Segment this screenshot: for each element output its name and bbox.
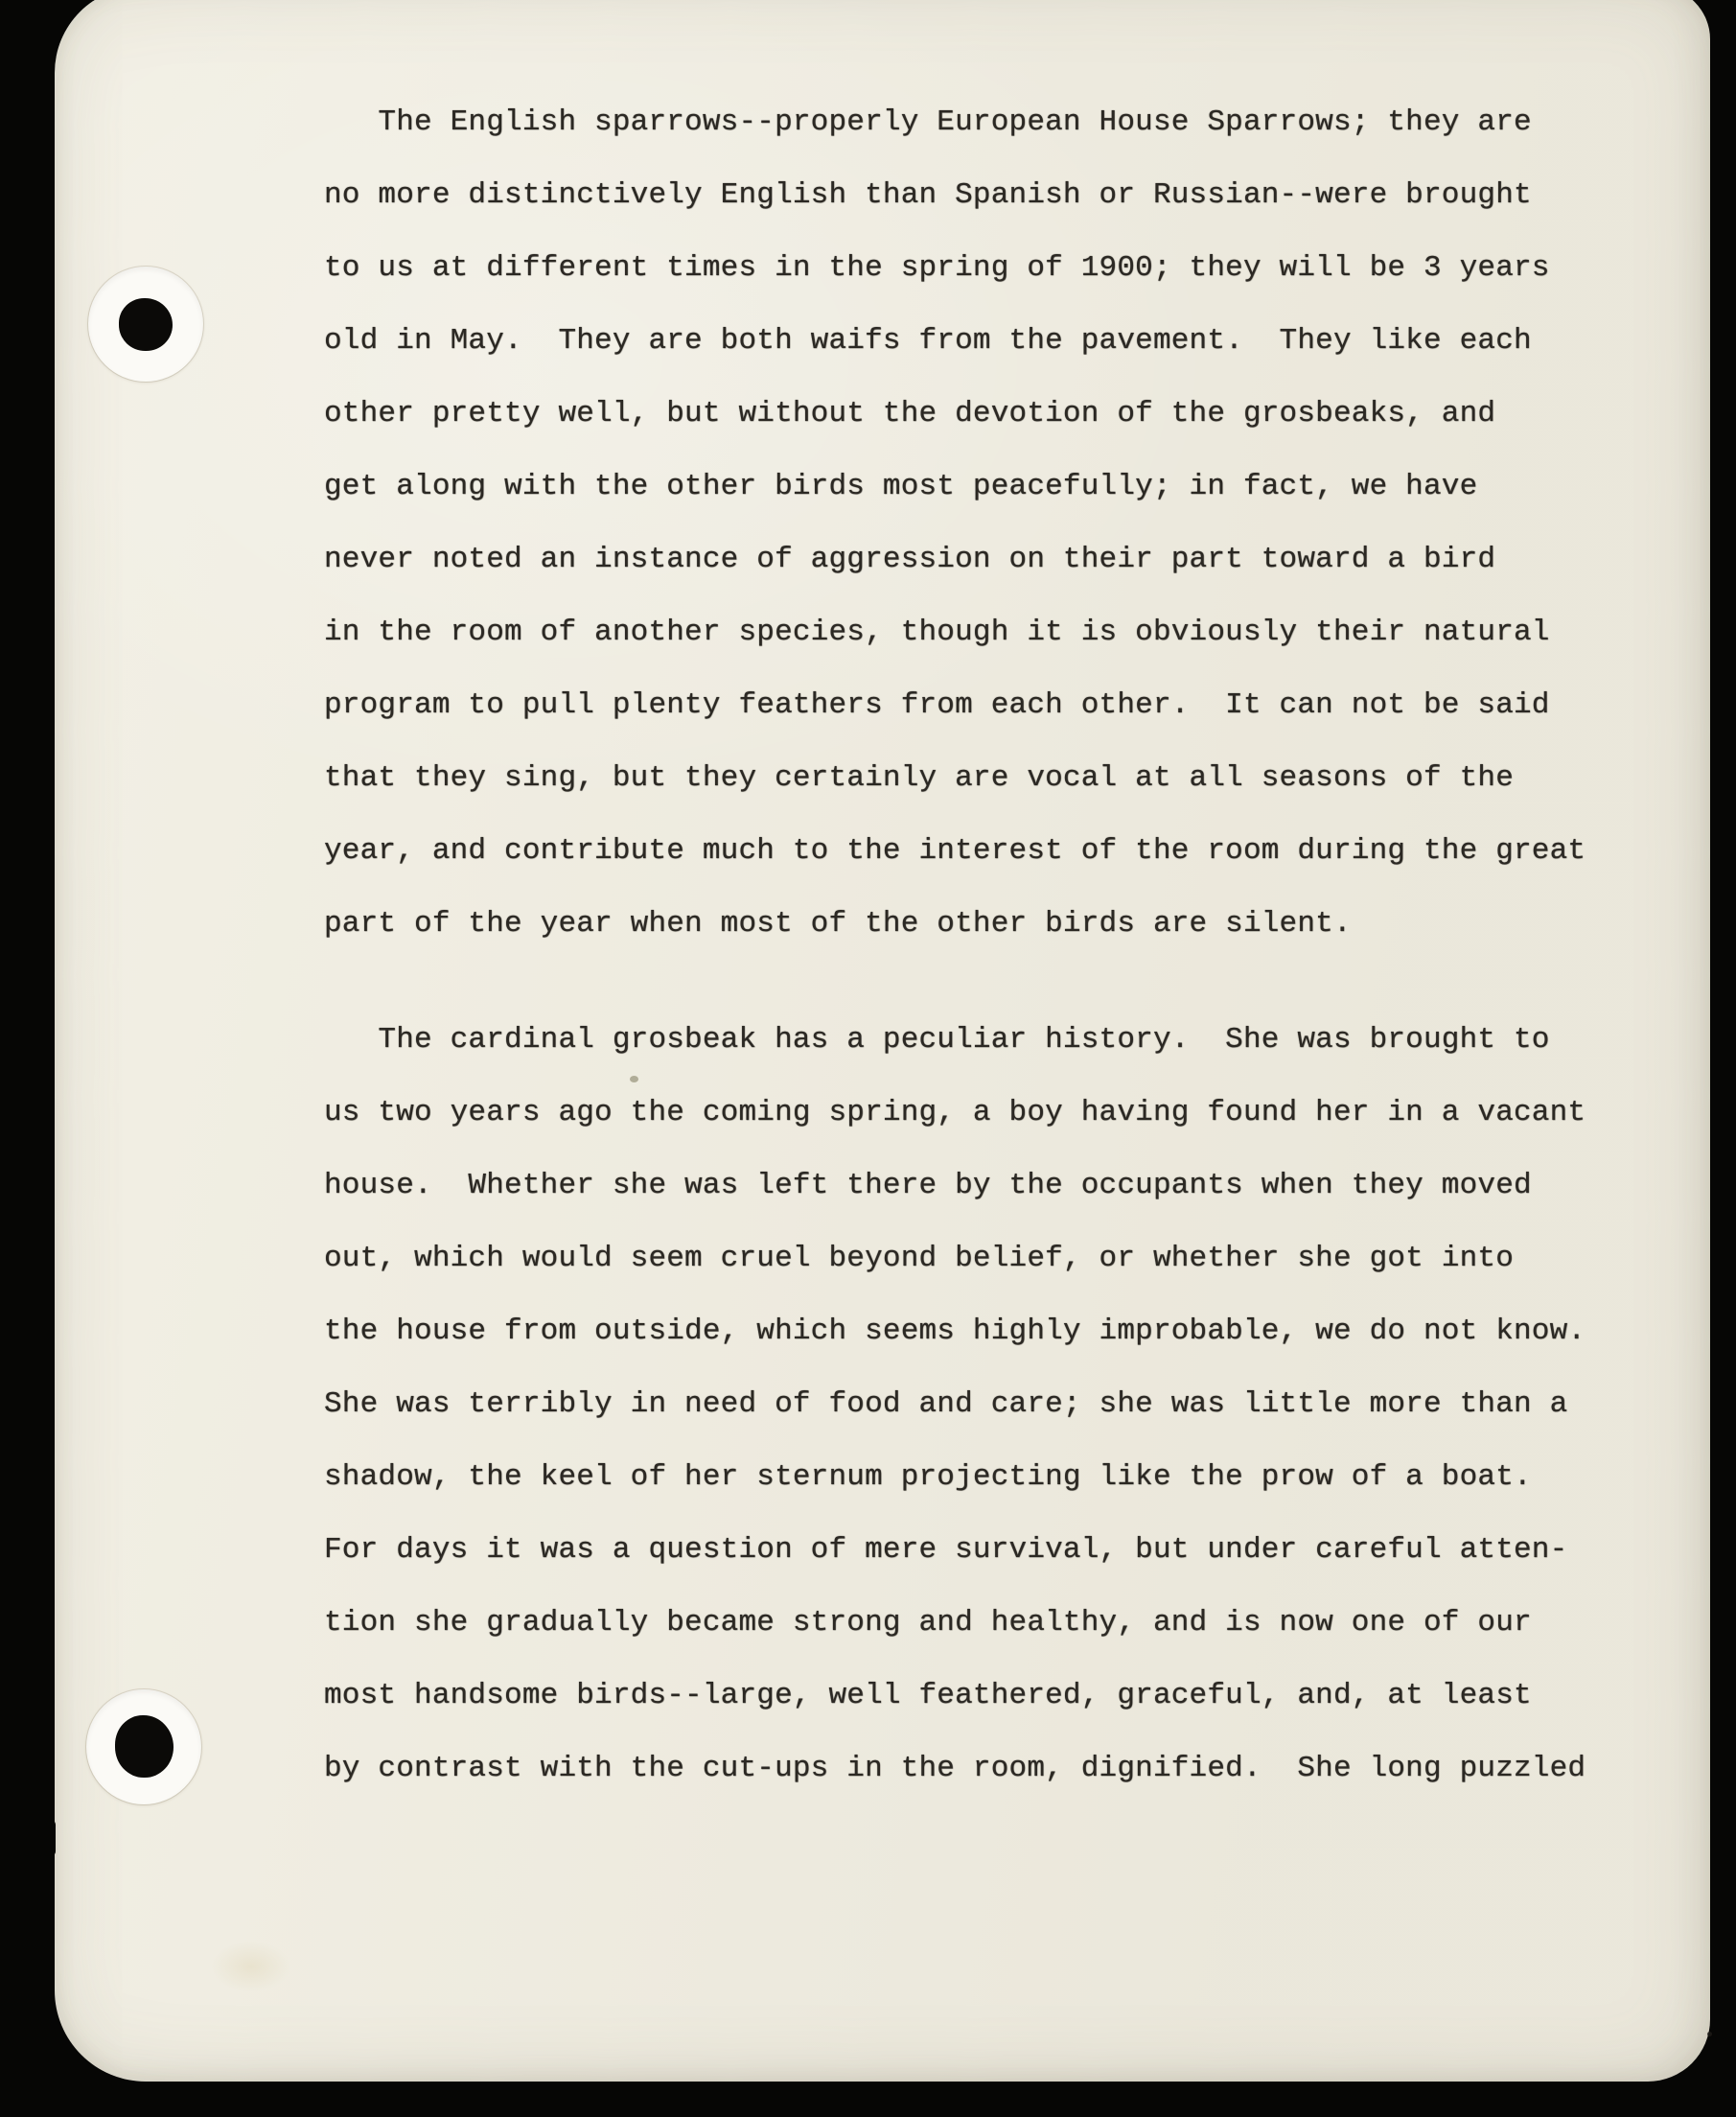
text-line: that they sing, but they certainly are v…	[324, 742, 1628, 815]
text-line: old in May. They are both waifs from the…	[324, 305, 1628, 378]
text-line: by contrast with the cut-ups in the room…	[324, 1733, 1628, 1805]
text-line: the house from outside, which seems high…	[324, 1295, 1628, 1368]
typed-text: The English sparrows--properly European …	[324, 86, 1628, 1805]
text-line: part of the year when most of the other …	[324, 888, 1628, 961]
text-line: She was terribly in need of food and car…	[324, 1368, 1628, 1441]
text-line: shadow, the keel of her sternum projecti…	[324, 1441, 1628, 1514]
text-line: most handsome birds--large, well feather…	[324, 1660, 1628, 1733]
text-line: out, which would seem cruel beyond belie…	[324, 1222, 1628, 1295]
paragraph-1: The English sparrows--properly European …	[324, 86, 1628, 961]
text-line: other pretty well, but without the devot…	[324, 378, 1628, 451]
text-line: house. Whether she was left there by the…	[324, 1150, 1628, 1222]
text-line: no more distinctively English than Spani…	[324, 159, 1628, 232]
punch-hole-bottom-center	[115, 1715, 174, 1778]
document-page: The English sparrows--properly European …	[55, 0, 1710, 2082]
text-line: us two years ago the coming spring, a bo…	[324, 1077, 1628, 1150]
text-line: tion she gradually became strong and hea…	[324, 1587, 1628, 1660]
text-line: program to pull plenty feathers from eac…	[324, 669, 1628, 742]
text-line: to us at different times in the spring o…	[324, 232, 1628, 305]
paragraph-2: The cardinal grosbeak has a peculiar his…	[324, 1004, 1628, 1805]
text-line: never noted an instance of aggression on…	[324, 523, 1628, 596]
punch-hole-top-center	[119, 298, 173, 351]
scan-artifact-speck	[1707, 2032, 1712, 2036]
text-line: get along with the other birds most peac…	[324, 451, 1628, 523]
paper-stain	[198, 1933, 304, 2000]
scan-artifact-edge-notch	[46, 1820, 56, 1856]
text-line: The English sparrows--properly European …	[324, 86, 1628, 159]
text-line: year, and contribute much to the interes…	[324, 815, 1628, 888]
scan-artifact-speck	[630, 1076, 638, 1082]
text-line: The cardinal grosbeak has a peculiar his…	[324, 1004, 1628, 1077]
text-line: in the room of another species, though i…	[324, 596, 1628, 669]
text-line: For days it was a question of mere survi…	[324, 1514, 1628, 1587]
